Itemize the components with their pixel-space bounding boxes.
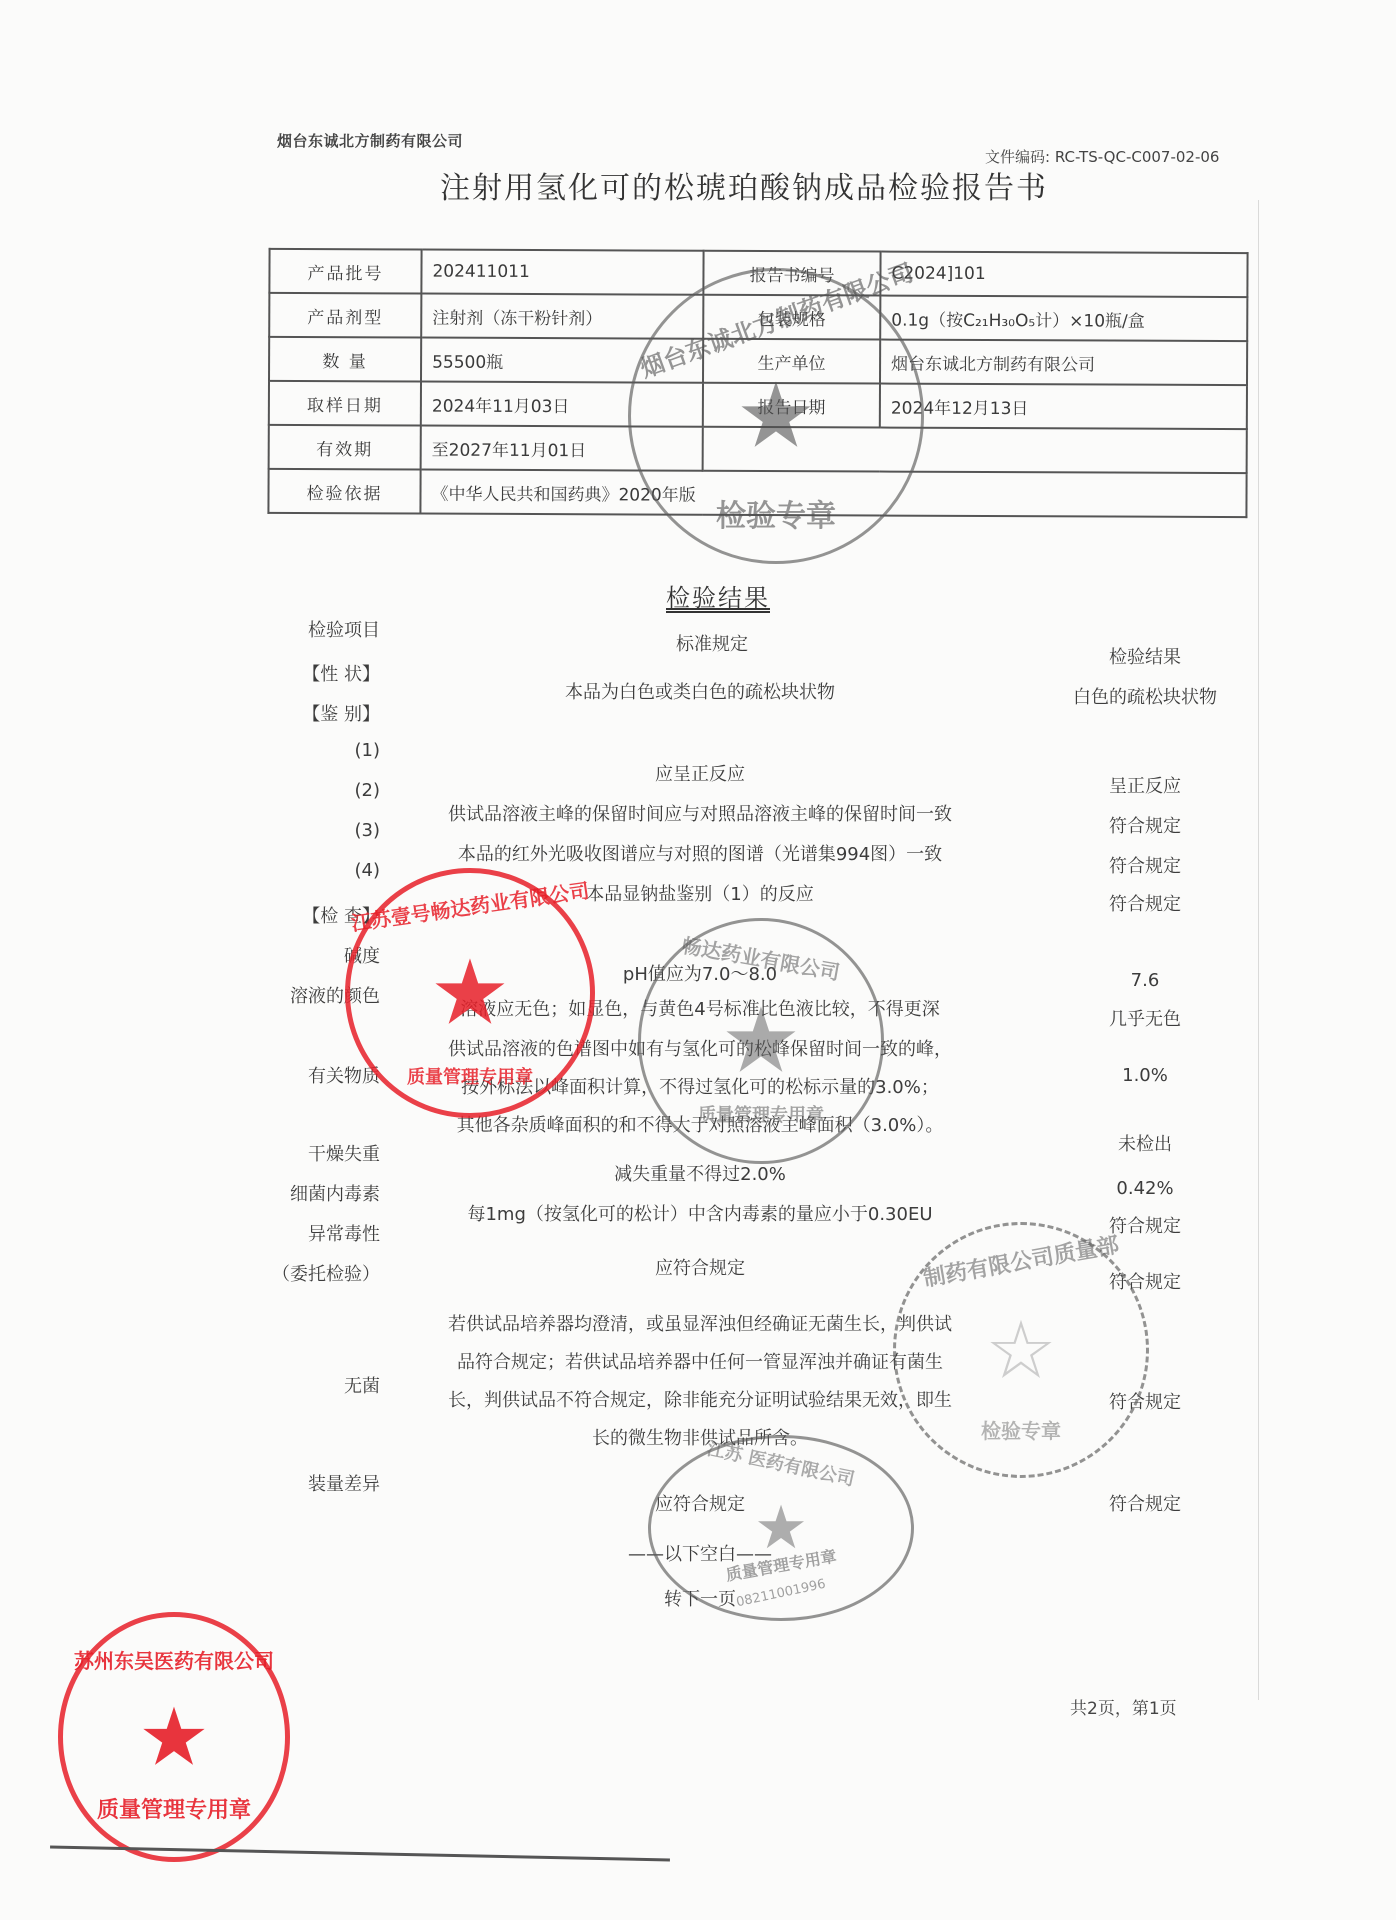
test-item-label: 异常毒性	[230, 1220, 380, 1246]
info-row: 有效期 至2027年11月01日	[269, 425, 1247, 473]
info-value: 2024年11月03日	[421, 382, 703, 427]
scan-edge-line	[1258, 200, 1259, 1700]
info-row: 取样日期 2024年11月03日 报告日期 2024年12月13日	[269, 381, 1247, 429]
standard-text: 其他各杂质峰面积的和不得大于对照溶液主峰面积（3.0%）。	[457, 1111, 944, 1137]
test-item-label: 无菌	[230, 1372, 380, 1398]
seal-outer-text: 江苏壹号畅达药业有限公司	[349, 874, 591, 936]
info-value: 《中华人民共和国药典》2020年版	[420, 470, 1246, 518]
standard-text: 减失重量不得过2.0%	[614, 1160, 786, 1186]
test-item-label: 碱度	[230, 942, 380, 968]
standard-text: 应符合规定	[655, 1254, 745, 1280]
suzhou-dongwu-seal: 苏州东吴医药有限公司 ★ 质量管理专用章	[58, 1612, 290, 1862]
info-empty-cell	[703, 427, 1247, 473]
info-label: 生产单位	[703, 339, 880, 384]
test-item-label: 有关物质	[230, 1062, 380, 1088]
star-icon: ★	[138, 1691, 210, 1784]
info-value: 2024年12月13日	[880, 384, 1247, 430]
test-item-label: 【检 查】	[230, 902, 380, 928]
info-value: 至2027年11月01日	[421, 426, 703, 471]
result-value: 符合规定	[1070, 852, 1220, 878]
info-label: 报告书编号	[703, 251, 880, 296]
standard-text: 按外标法以峰面积计算，不得过氢化可的松标示量的3.0%；	[461, 1073, 939, 1099]
info-label: 包装规格	[703, 295, 880, 340]
result-value: 符合规定	[1070, 890, 1220, 916]
seal-outer-text: 苏州东吴医药有限公司	[63, 1645, 285, 1674]
blank-below-marker: ——以下空白——	[628, 1540, 772, 1566]
standard-text: 本品显钠盐鉴别（1）的反应	[586, 880, 813, 906]
seal-inner-text: 质量管理专用章	[63, 1793, 285, 1824]
test-item-label: （委托检验）	[230, 1260, 380, 1286]
result-value: 符合规定	[1070, 812, 1220, 838]
standard-text: 长，判供试品不符合规定，除非能充分证明试验结果无效，即生	[448, 1386, 952, 1412]
standard-text: 若供试品培养器均澄清，或虽显浑浊但经确证无菌生长，判供试	[448, 1310, 952, 1336]
info-label: 取样日期	[269, 381, 421, 426]
result-value: 符合规定	[1070, 1388, 1220, 1414]
result-value: 0.42%	[1070, 1178, 1220, 1199]
result-value: 白色的疏松块状物	[1070, 683, 1220, 709]
test-item-label: 装量差异	[230, 1470, 380, 1496]
result-value: 几乎无色	[1070, 1005, 1220, 1031]
test-item-label: 细菌内毒素	[230, 1180, 380, 1206]
standard-text: 供试品溶液主峰的保留时间应与对照品溶液主峰的保留时间一致	[448, 800, 952, 826]
company-name: 烟台东诚北方制药有限公司	[277, 130, 463, 151]
result-value: 符合规定	[1070, 1268, 1220, 1294]
test-item-label: 【鉴 别】	[230, 700, 380, 726]
info-row: 产品批号 202411011 报告书编号 C2024]101	[269, 249, 1247, 297]
info-label: 有效期	[269, 425, 421, 470]
standard-text: 本品为白色或类白色的疏松块状物	[565, 678, 835, 704]
result-value: 符合规定	[1070, 1212, 1220, 1238]
info-value: 注射剂（冻干粉针剂）	[421, 294, 703, 339]
standard-text: 品符合规定；若供试品培养器中任何一管显浑浊并确证有菌生	[457, 1348, 943, 1374]
test-item-label: 干燥失重	[230, 1140, 380, 1166]
info-value: C2024]101	[880, 252, 1247, 298]
page-indicator: 共2页，第1页	[1070, 1694, 1177, 1719]
standard-text: 应呈正反应	[655, 760, 745, 786]
info-value: 烟台东诚北方制药有限公司	[880, 340, 1247, 386]
info-value: 55500瓶	[421, 338, 703, 383]
standard-text: pH值应为7.0～8.0	[623, 960, 777, 986]
results-section-title: 检验结果	[666, 578, 770, 613]
star-icon: ★	[430, 941, 511, 1046]
standard-text: 每1mg（按氢化可的松计）中含内毒素的量应小于0.30EU	[467, 1200, 932, 1226]
test-item-label: 溶液的颜色	[230, 982, 380, 1008]
star-icon: ☆	[985, 1304, 1057, 1397]
next-page-marker: 转下一页	[664, 1585, 736, 1611]
column-header-standard: 标准规定	[676, 630, 748, 656]
info-label: 数 量	[269, 337, 421, 382]
test-item-label: (4)	[230, 860, 380, 881]
info-label: 检验依据	[268, 469, 420, 514]
column-header-item: 检验项目	[270, 616, 380, 642]
result-value: 1.0%	[1070, 1065, 1220, 1086]
info-label: 产品剂型	[269, 293, 421, 338]
result-value: 7.6	[1070, 970, 1220, 991]
info-value: 202411011	[421, 250, 703, 295]
info-row: 检验依据 《中华人民共和国药典》2020年版	[268, 469, 1246, 517]
test-item-label: (2)	[230, 780, 380, 801]
info-value: 0.1g（按C₂₁H₃₀O₅计）×10瓶/盒	[880, 296, 1247, 342]
document-code-value: RC-TS-QC-C007-02-06	[1055, 148, 1220, 166]
product-info-table: 产品批号 202411011 报告书编号 C2024]101 产品剂型 注射剂（…	[267, 248, 1248, 518]
standard-text: 供试品溶液的色谱图中如有与氢化可的松峰保留时间一致的峰，	[448, 1035, 952, 1061]
standard-text: 长的微生物非供试品所含。	[592, 1424, 808, 1450]
result-value: 符合规定	[1070, 1490, 1220, 1516]
standard-text: 本品的红外光吸收图谱应与对照的图谱（光谱集994图）一致	[458, 840, 942, 866]
result-value: 未检出	[1070, 1130, 1220, 1156]
info-label: 报告日期	[703, 383, 880, 428]
column-header-result: 检验结果	[1070, 643, 1220, 669]
info-row: 数 量 55500瓶 生产单位 烟台东诚北方制药有限公司	[269, 337, 1247, 385]
test-item-label: 【性 状】	[230, 660, 380, 686]
standard-text: 溶液应无色；如显色，与黄色4号标准比色液比较，不得更深	[460, 995, 939, 1021]
seal-inner-text: 检验专章	[896, 1415, 1146, 1444]
info-row: 产品剂型 注射剂（冻干粉针剂） 包装规格 0.1g（按C₂₁H₃₀O₅计）×10…	[269, 293, 1247, 341]
info-label: 产品批号	[269, 249, 421, 294]
scan-edge-shadow	[50, 1846, 670, 1862]
test-item-label: (3)	[230, 820, 380, 841]
test-item-label: (1)	[230, 740, 380, 761]
result-value: 呈正反应	[1070, 772, 1220, 798]
report-title: 注射用氢化可的松琥珀酸钠成品检验报告书	[440, 163, 1048, 207]
standard-text: 应符合规定	[655, 1490, 745, 1516]
